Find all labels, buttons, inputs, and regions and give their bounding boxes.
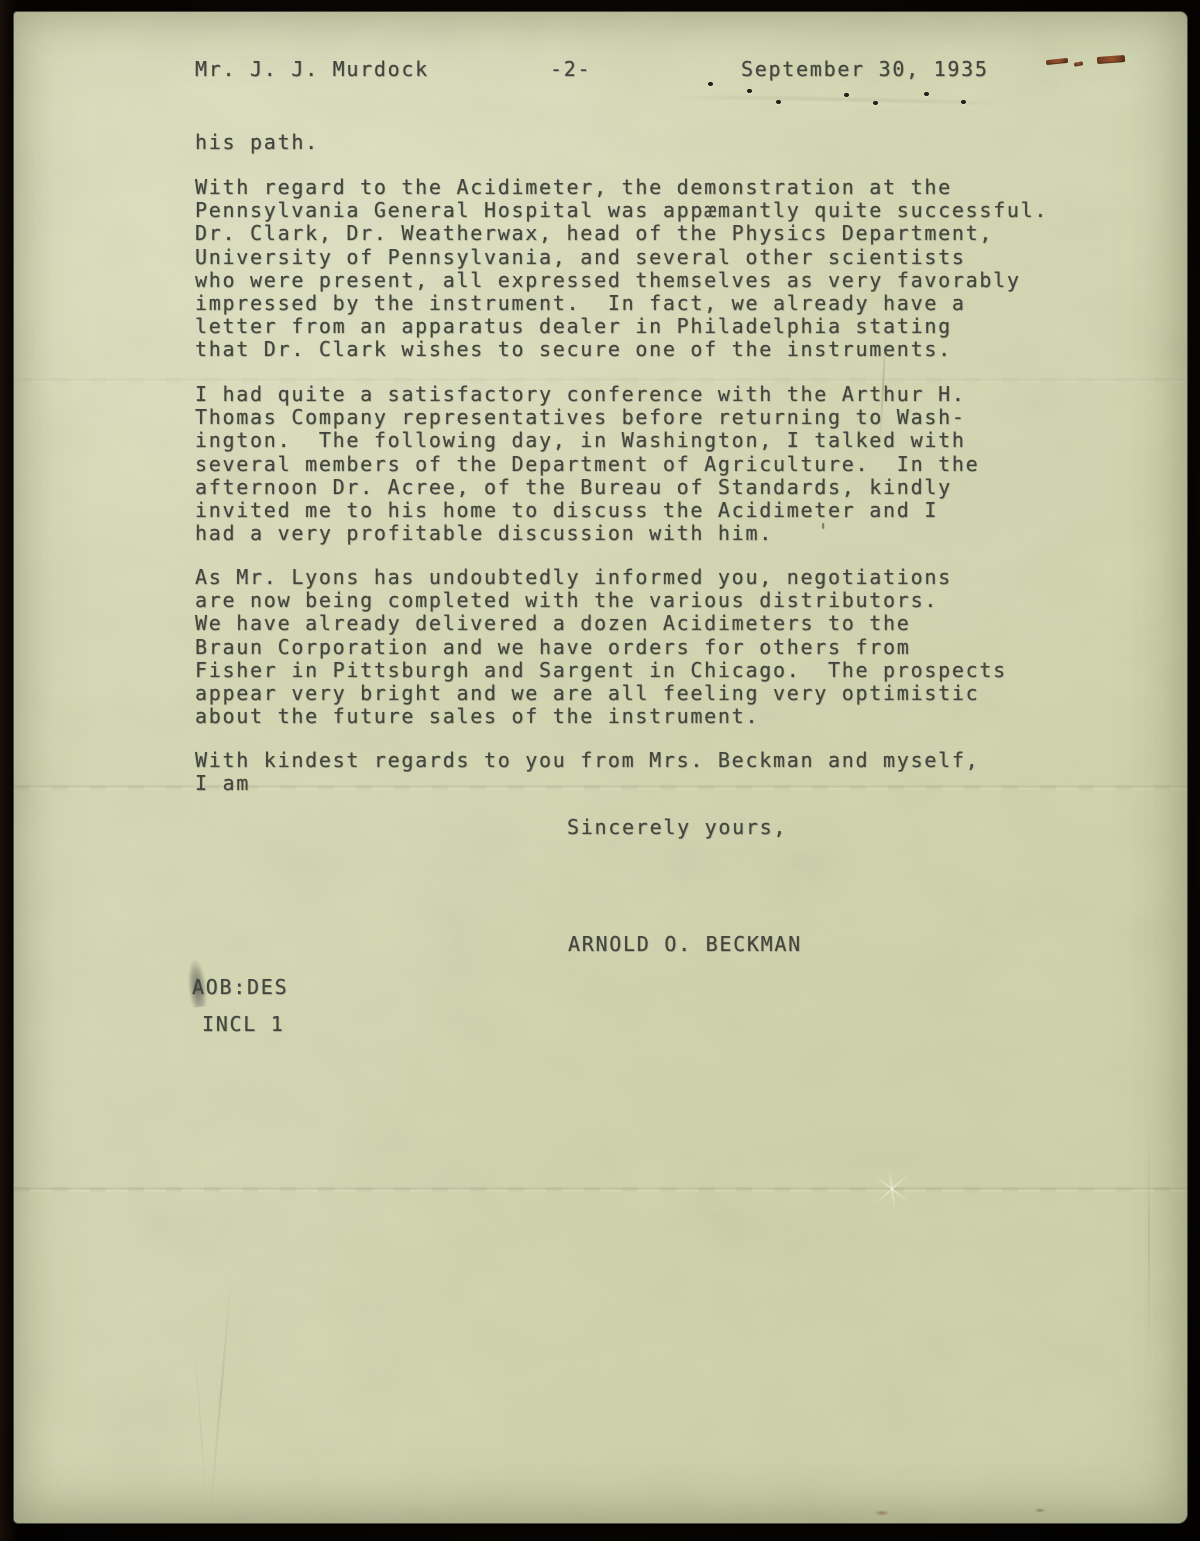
letter-paper: Mr. J. J. Murdock -2- September 30, 1935… [14,12,1187,1523]
continuation-line: his path. [195,131,319,154]
signature-name: ARNOLD O. BECKMAN [568,933,802,956]
rust-stain [1046,58,1068,65]
rust-stain [1074,61,1084,67]
crease-intersection [870,1168,914,1208]
typist-initials-line: AOB:DES [192,976,288,999]
header-date: September 30, 1935 [741,58,989,81]
paper-fiber-mark [210,1273,233,1512]
bottom-edge-stain [874,1510,890,1516]
staple-hole [708,82,713,86]
stray-type-mark: ' [817,520,831,543]
edge-crinkle [1148,1122,1150,1362]
staple-hole [776,100,781,104]
staple-hole [844,93,849,97]
bottom-edge-stain [1034,1508,1046,1513]
paragraph-distributors: As Mr. Lyons has undoubtedly informed yo… [195,566,1007,728]
rust-stain [1097,55,1125,64]
scanner-background: Mr. J. J. Murdock -2- September 30, 1935… [0,0,1200,1541]
paragraph-conference-washington: I had quite a satisfactory conference wi… [195,383,979,545]
paper-fiber-mark [194,1342,207,1507]
staple-hole [924,92,929,96]
staple-hole [961,100,966,104]
header-page-number: -2- [550,58,591,81]
staple-hole [873,101,878,105]
enclosure-line: INCL 1 [202,1013,285,1036]
staple-hole [747,89,752,93]
staple-dent-shadow [679,95,999,108]
closing-salutation: Sincerely yours, [567,816,787,839]
header-recipient: Mr. J. J. Murdock [195,58,429,81]
paragraph-acidimeter-demonstration: With regard to the Acidimeter, the demon… [195,176,1048,362]
paragraph-kind-regards: With kindest regards to you from Mrs. Be… [195,749,979,795]
fold-crease-lower [14,1187,1187,1192]
